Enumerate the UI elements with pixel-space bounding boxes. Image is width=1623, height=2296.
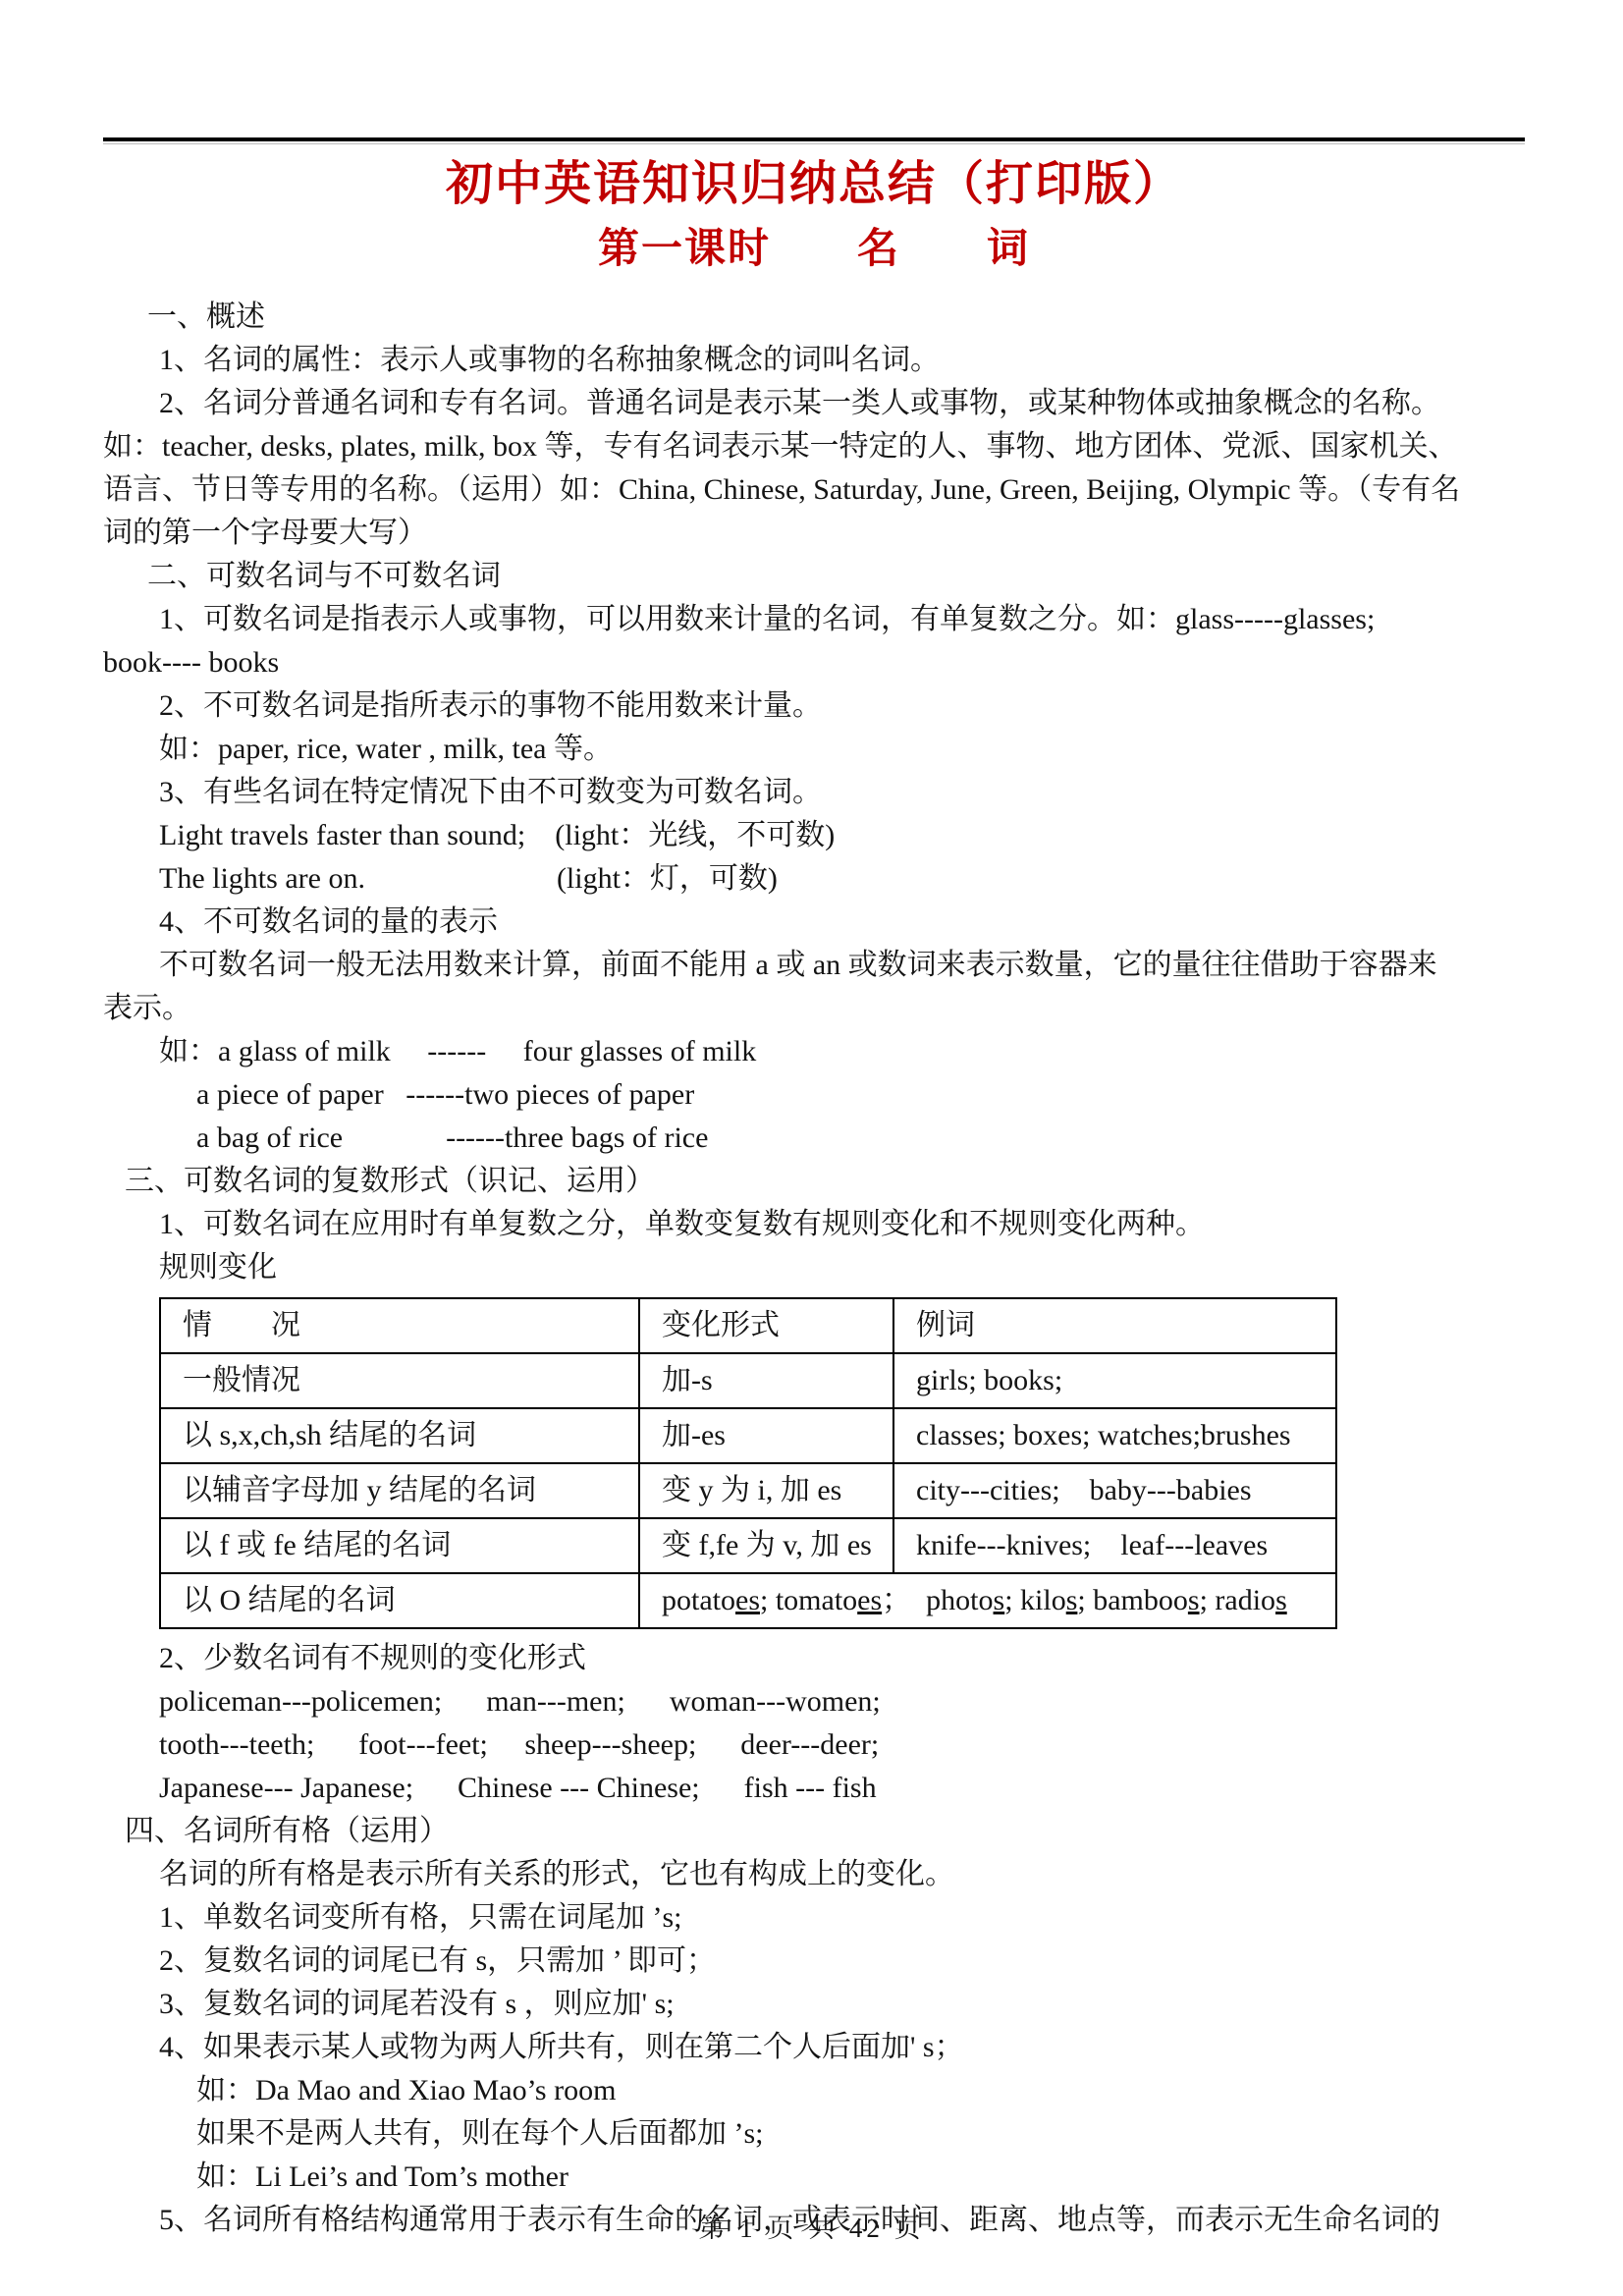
- example-line: 如：Li Lei’s and Tom’s mother: [196, 2156, 1525, 2199]
- example-line: a piece of paper ------two pieces of pap…: [196, 1073, 1525, 1117]
- text-line: 表示。: [103, 987, 1525, 1030]
- example-line: tooth---teeth; foot---feet; sheep---shee…: [159, 1723, 1525, 1767]
- example-line: policeman---policemen; man---men; woman-…: [159, 1680, 1525, 1723]
- example-line: 如：a glass of milk ------ four glasses of…: [159, 1030, 1525, 1073]
- table-cell: 变 y 为 i, 加 es: [639, 1463, 893, 1518]
- section-heading-plural-forms: 三、可数名词的复数形式（识记、运用）: [125, 1160, 1525, 1203]
- table-row: 以 O 结尾的名词 potatoes; tomatoes； photos; ki…: [160, 1573, 1336, 1628]
- text-line: 如：teacher, desks, plates, milk, box 等，专有…: [103, 425, 1525, 468]
- table-cell: knife---knives; leaf---leaves: [893, 1518, 1336, 1573]
- table-cell: 以 O 结尾的名词: [160, 1573, 639, 1628]
- table-cell: girls; books;: [893, 1353, 1336, 1408]
- example-line: 如：Da Mao and Xiao Mao’s room: [196, 2069, 1525, 2112]
- list-item: 1、可数名词在应用时有单复数之分，单数变复数有规则变化和不规则变化两种。: [159, 1203, 1525, 1246]
- list-item: 1、单数名词变所有格，只需在词尾加 ’s;: [159, 1896, 1525, 1940]
- table-cell: 以 s,x,ch,sh 结尾的名词: [160, 1408, 639, 1463]
- table-cell: city---cities; baby---babies: [893, 1463, 1336, 1518]
- example-line: 如：paper, rice, water , milk, tea 等。: [159, 728, 1525, 771]
- table-cell: 加-es: [639, 1408, 893, 1463]
- table-cell: 变 f,fe 为 v, 加 es: [639, 1518, 893, 1573]
- list-item: 2、名词分普通名词和专有名词。普通名词是表示某一类人或事物，或某种物体或抽象概念…: [159, 382, 1525, 425]
- example-line: Japanese--- Japanese; Chinese --- Chines…: [159, 1767, 1525, 1810]
- plural-rules-table: 情 况 变化形式 例词 一般情况 加-s girls; books; 以 s,x…: [159, 1297, 1337, 1629]
- list-item: 2、不可数名词是指所表示的事物不能用数来计量。: [159, 684, 1525, 728]
- document-page: 初中英语知识归纳总结（打印版） 第一课时 名 词 一、概述 1、名词的属性：表示…: [0, 0, 1623, 2296]
- section-heading-possessive: 四、名词所有格（运用）: [125, 1810, 1525, 1853]
- table-cell: 一般情况: [160, 1353, 639, 1408]
- list-item: 4、如果表示某人或物为两人所共有，则在第二个人后面加' s；: [159, 2026, 1525, 2069]
- list-item: 3、有些名词在特定情况下由不可数变为可数名词。: [159, 771, 1525, 814]
- list-item: 2、复数名词的词尾已有 s，只需加 ’ 即可；: [159, 1940, 1525, 1983]
- example-line: a bag of rice ------three bags of rice: [196, 1117, 1525, 1160]
- table-cell: classes; boxes; watches;brushes: [893, 1408, 1336, 1463]
- header-rule: [103, 137, 1525, 141]
- list-item: 4、不可数名词的量的表示: [159, 901, 1525, 944]
- o-ending-examples: potatoes; tomatoes； photos; kilos; bambo…: [639, 1573, 1336, 1628]
- document-body: 一、概述 1、名词的属性：表示人或事物的名称抽象概念的词叫名词。 2、名词分普通…: [103, 296, 1525, 2242]
- text-line: 规则变化: [159, 1246, 1525, 1289]
- header-rule-shadow: [103, 143, 1525, 144]
- table-cell: 以辅音字母加 y 结尾的名词: [160, 1463, 639, 1518]
- table-header-condition: 情 况: [160, 1298, 639, 1353]
- table-cell: 加-s: [639, 1353, 893, 1408]
- text-line: 名词的所有格是表示所有关系的形式，它也有构成上的变化。: [159, 1853, 1525, 1896]
- list-item: 3、复数名词的词尾若没有 s ，则应加' s;: [159, 1983, 1525, 2026]
- text-line: 语言、节日等专用的名称。（运用）如：China, Chinese, Saturd…: [103, 468, 1525, 512]
- text-line: book---- books: [103, 641, 1525, 684]
- table-row: 以 f 或 fe 结尾的名词 变 f,fe 为 v, 加 es knife---…: [160, 1518, 1336, 1573]
- text-line: 如果不是两人共有，则在每个人后面都加 ’s;: [196, 2112, 1525, 2156]
- table-row: 一般情况 加-s girls; books;: [160, 1353, 1336, 1408]
- table-header-change: 变化形式: [639, 1298, 893, 1353]
- example-line: Light travels faster than sound; (light：…: [159, 814, 1525, 857]
- section-heading-countable: 二、可数名词与不可数名词: [147, 555, 1525, 598]
- text-line: 词的第一个字母要大写）: [103, 512, 1525, 555]
- table-row: 以辅音字母加 y 结尾的名词 变 y 为 i, 加 es city---citi…: [160, 1463, 1336, 1518]
- text-line: 不可数名词一般无法用数来计算，前面不能用 a 或 an 或数词来表示数量，它的量…: [159, 944, 1525, 987]
- table-cell: 以 f 或 fe 结尾的名词: [160, 1518, 639, 1573]
- example-line: The lights are on. (light：灯，可数): [159, 857, 1525, 901]
- section-heading-overview: 一、概述: [147, 296, 1525, 339]
- table-header-row: 情 况 变化形式 例词: [160, 1298, 1336, 1353]
- list-item: 1、名词的属性：表示人或事物的名称抽象概念的词叫名词。: [159, 339, 1525, 382]
- table-row: 以 s,x,ch,sh 结尾的名词 加-es classes; boxes; w…: [160, 1408, 1336, 1463]
- list-item: 2、少数名词有不规则的变化形式: [159, 1637, 1525, 1680]
- page-title: 初中英语知识归纳总结（打印版）: [103, 152, 1525, 217]
- table-header-examples: 例词: [893, 1298, 1336, 1353]
- page-subtitle: 第一课时 名 词: [103, 221, 1525, 278]
- list-item: 1、可数名词是指表示人或事物，可以用数来计量的名词，有单复数之分。如：glass…: [159, 598, 1525, 641]
- page-number: 第 1 页 共 42 页: [0, 2207, 1623, 2245]
